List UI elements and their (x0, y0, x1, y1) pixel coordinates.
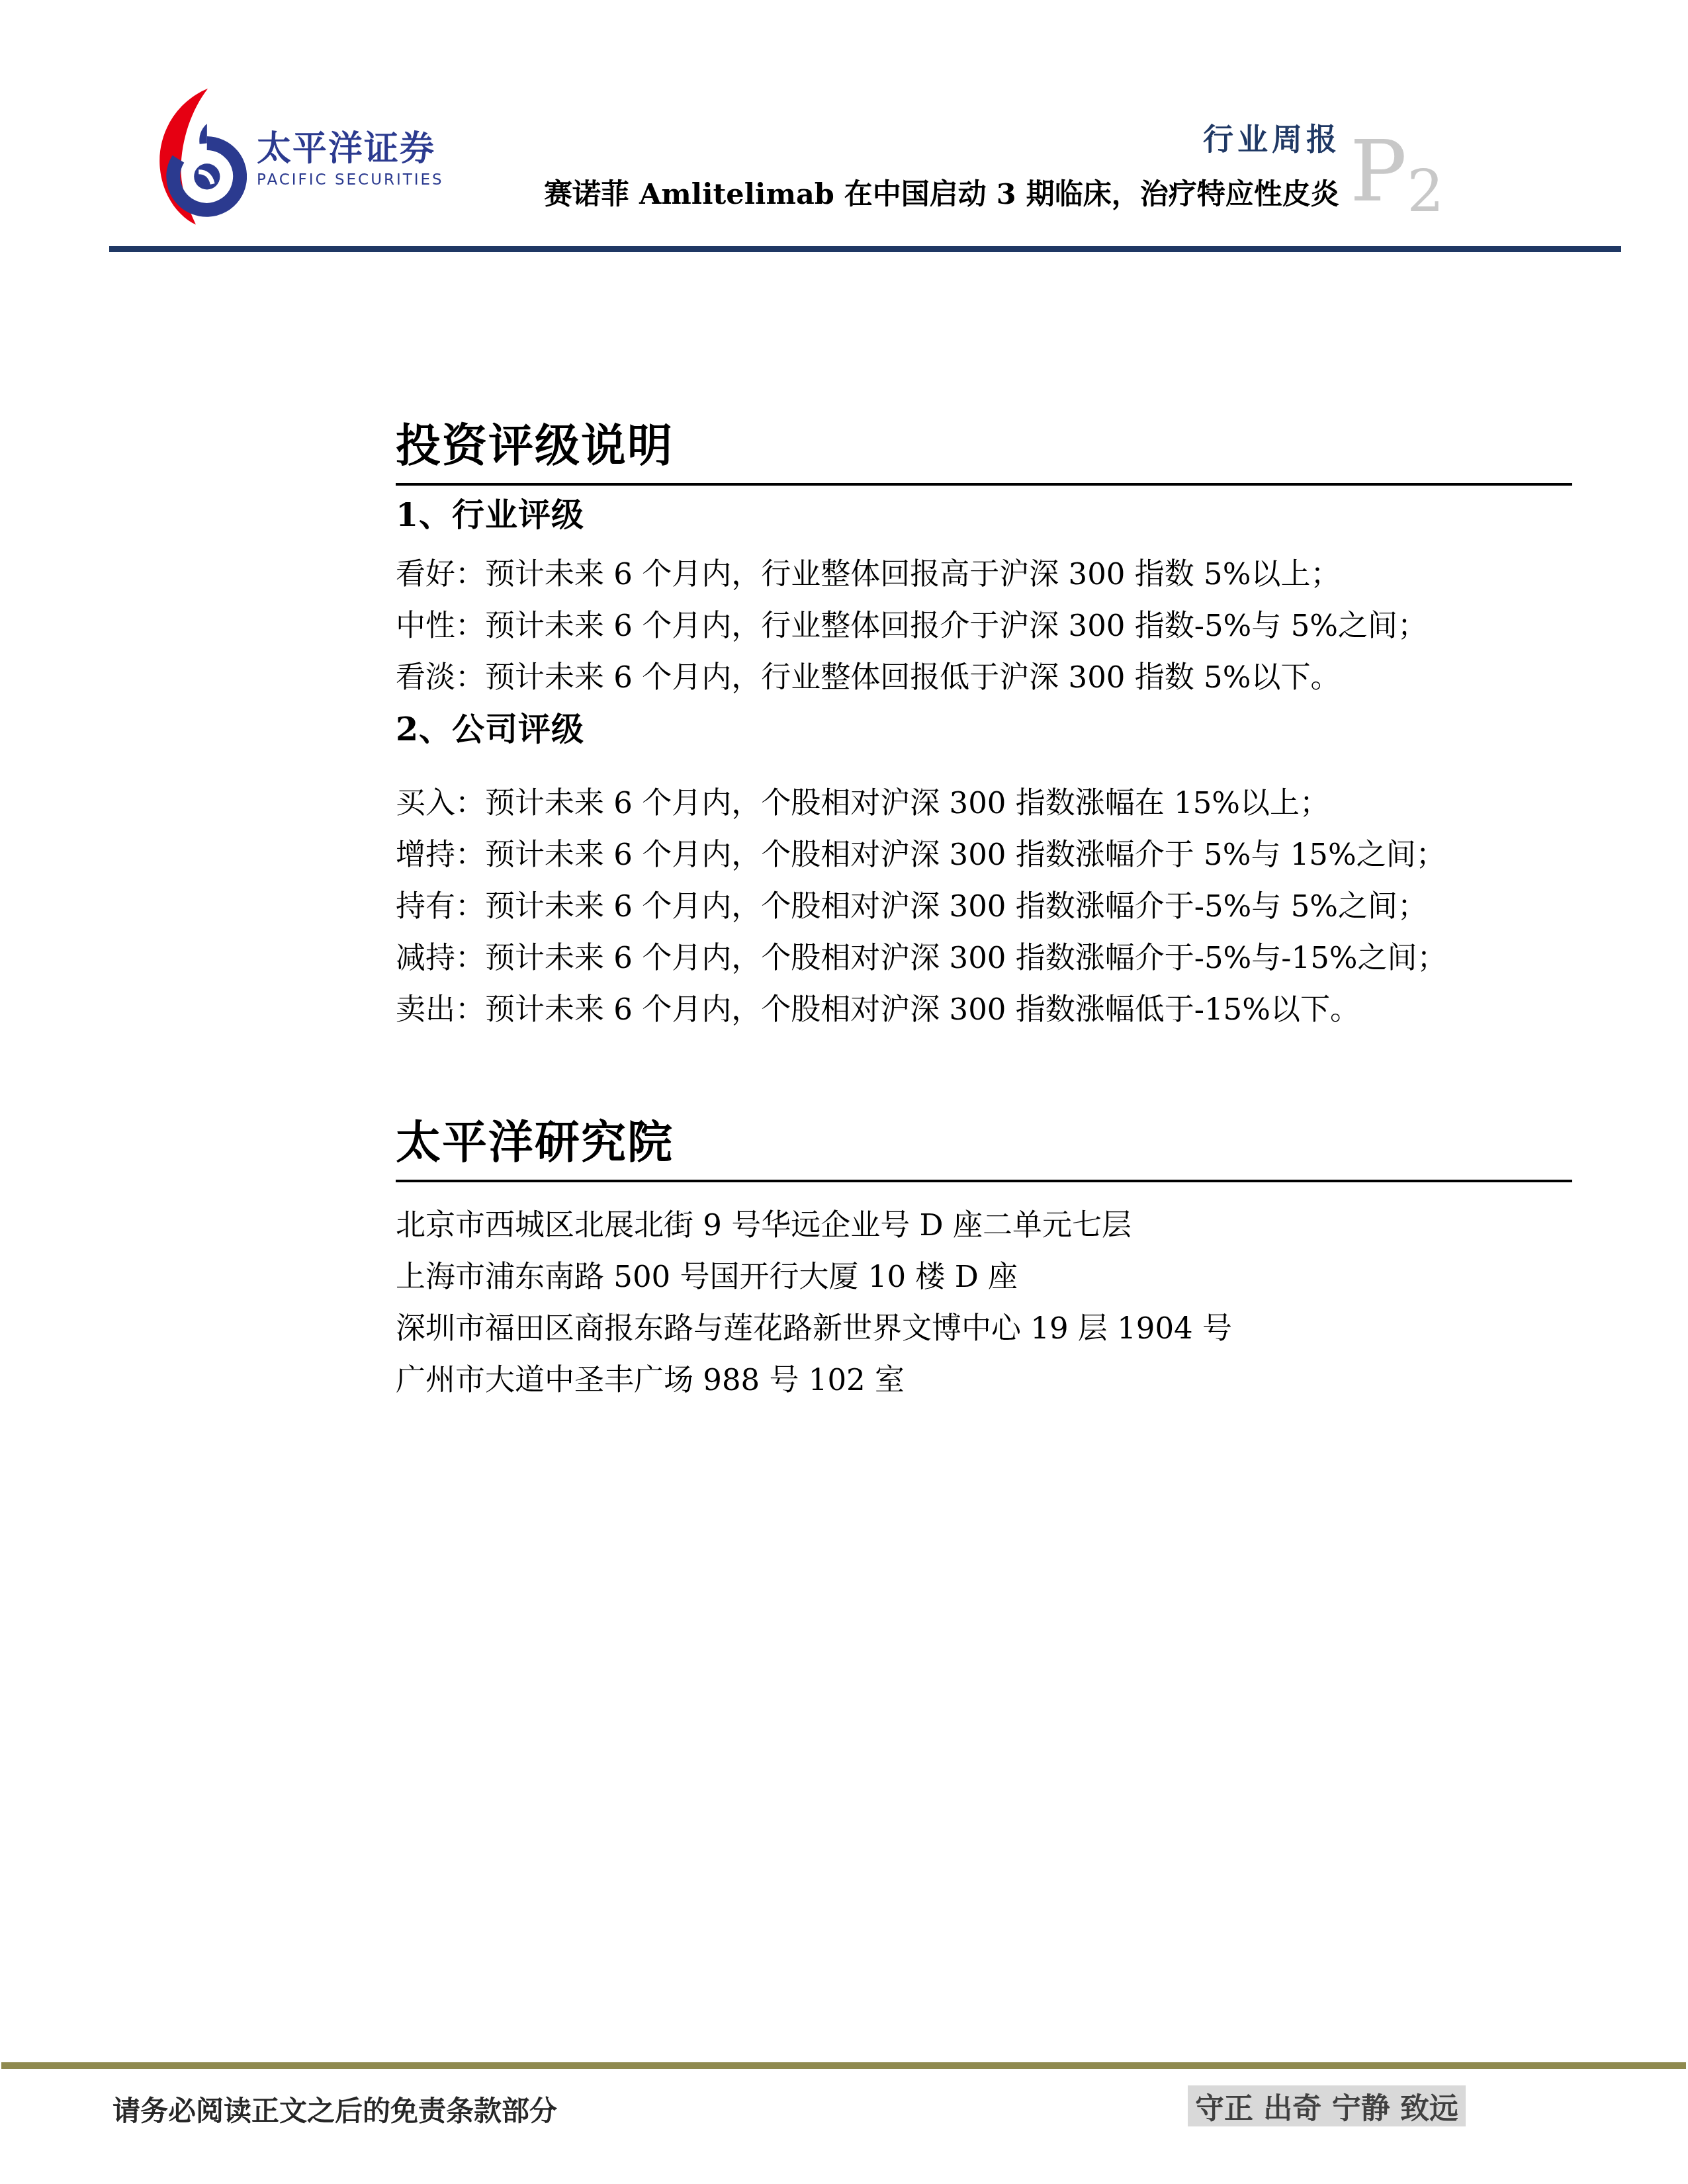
institute-address: 北京市西城区北展北街 9 号华远企业号 D 座二单元七层 (396, 1207, 1580, 1243)
logo-name-en: PACIFIC SECURITIES (257, 171, 455, 189)
header-divider (109, 246, 1621, 252)
company-rating-subheading: 2、公司评级 (396, 711, 1580, 748)
industry-rating-item: 看好：预计未来 6 个月内，行业整体回报高于沪深 300 指数 5%以上； (396, 556, 1580, 592)
rating-heading-divider (396, 483, 1572, 486)
report-page: 太平洋证券 PACIFIC SECURITIES 行业周报 赛诺菲 Amlite… (0, 0, 1688, 2184)
company-rating-item: 买入：预计未来 6 个月内，个股相对沪深 300 指数涨幅在 15%以上； (396, 785, 1580, 821)
company-rating-item: 增持：预计未来 6 个月内，个股相对沪深 300 指数涨幅介于 5%与 15%之… (396, 837, 1580, 873)
institute-section-heading: 太平洋研究院 (396, 1117, 1580, 1168)
industry-rating-item: 中性：预计未来 6 个月内，行业整体回报介于沪深 300 指数-5%与 5%之间… (396, 608, 1580, 644)
footer-divider (1, 2062, 1686, 2069)
institute-address: 广州市大道中圣丰广场 988 号 102 室 (396, 1362, 1580, 1398)
institute-address: 深圳市福田区商报东路与莲花路新世界文博中心 19 层 1904 号 (396, 1311, 1580, 1346)
pacific-securities-logo-icon (154, 83, 247, 229)
company-rating-item: 持有：预计未来 6 个月内，个股相对沪深 300 指数涨幅介于-5%与 5%之间… (396, 889, 1580, 924)
page-number-letter: P (1350, 130, 1407, 214)
report-type-label: 行业周报 (1203, 115, 1341, 159)
page-number: P 2 (1350, 130, 1444, 214)
main-content: 投资评级说明 1、行业评级 看好：预计未来 6 个月内，行业整体回报高于沪深 3… (396, 421, 1580, 1398)
page-title: 赛诺菲 Amlitelimab 在中国启动 3 期临床，治疗特应性皮炎 (544, 172, 1339, 212)
industry-rating-item: 看淡：预计未来 6 个月内，行业整体回报低于沪深 300 指数 5%以下。 (396, 660, 1580, 695)
industry-rating-subheading: 1、行业评级 (396, 496, 1580, 533)
institute-heading-divider (396, 1180, 1572, 1182)
page-number-digit: 2 (1407, 163, 1444, 221)
logo-name-cn: 太平洋证券 (257, 130, 455, 167)
logo-text-block: 太平洋证券 PACIFIC SECURITIES (257, 130, 455, 189)
company-rating-item: 减持：预计未来 6 个月内，个股相对沪深 300 指数涨幅介于-5%与-15%之… (396, 940, 1580, 976)
company-rating-item: 卖出：预计未来 6 个月内，个股相对沪深 300 指数涨幅低于-15%以下。 (396, 992, 1580, 1027)
footer-motto: 守正 出奇 宁静 致远 (1188, 2085, 1466, 2126)
rating-section-heading: 投资评级说明 (396, 421, 1580, 471)
footer-disclaimer: 请务必阅读正文之后的免责条款部分 (112, 2089, 557, 2129)
institute-address: 上海市浦东南路 500 号国开行大厦 10 楼 D 座 (396, 1259, 1580, 1295)
